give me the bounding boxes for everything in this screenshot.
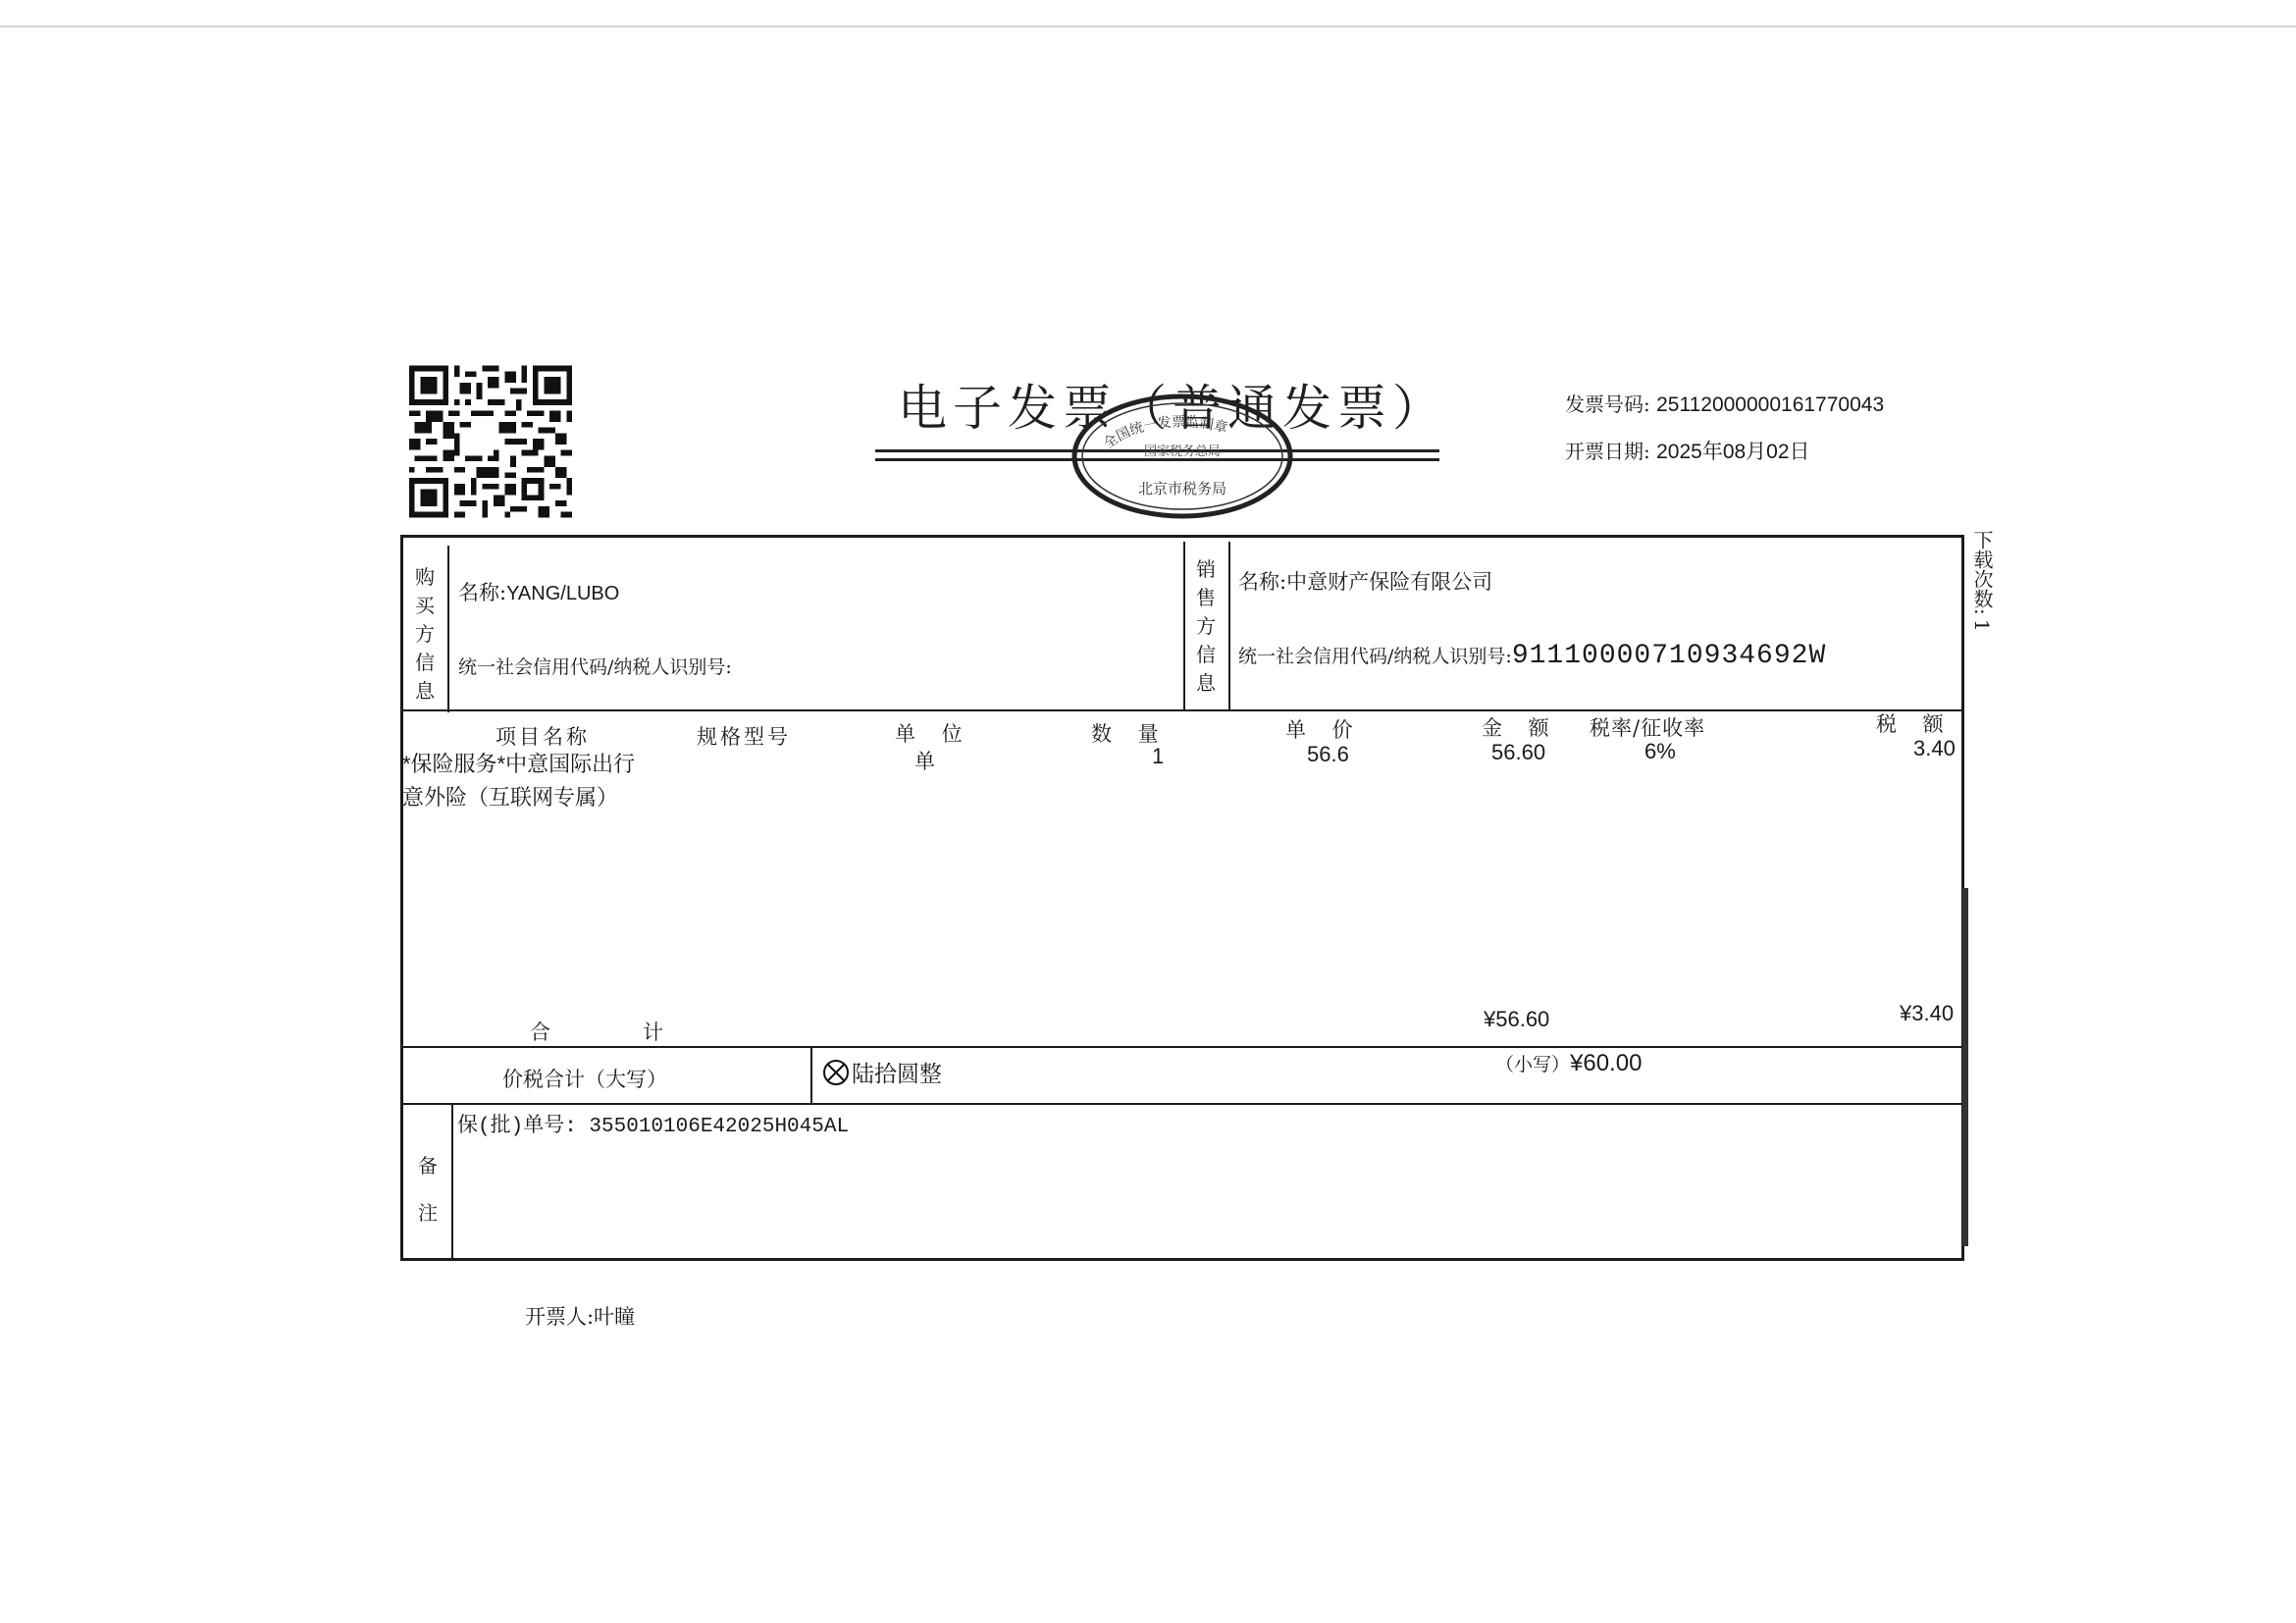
download-count-label: 下载次数:: [1969, 530, 1995, 615]
grand-total-lowercase: （小写）¥60.00: [1495, 1050, 1642, 1077]
buyer-name-label: 名称:: [458, 581, 506, 604]
item-quantity: 1: [1152, 744, 1164, 769]
grand-total-lowercase-label: （小写）: [1495, 1054, 1570, 1075]
buyer-name-value: YANG/LUBO: [506, 583, 619, 604]
total-label: 合 计: [530, 1017, 665, 1046]
grand-total-uppercase-value: 陆拾圆整: [852, 1061, 942, 1086]
issuer: 开票人:叶瞳: [525, 1301, 635, 1331]
seller-label-divider: [1228, 542, 1230, 710]
official-seal-icon: 全国统一发票监制章 国家税务总局 北京市税务局: [1070, 393, 1295, 520]
qr-code-icon: [409, 365, 572, 518]
grand-total-lowercase-value: ¥60.00: [1570, 1050, 1642, 1076]
invoice-number: 发票号码: 25112000000161770043: [1565, 389, 1884, 417]
total-amount: ¥56.60: [1484, 1007, 1549, 1032]
header-unit-price: 单 价: [1285, 714, 1363, 744]
header-item-name: 项目名称: [496, 721, 590, 751]
seller-name: 名称:中意财产保险有限公司: [1238, 566, 1492, 596]
issue-date-label: 开票日期:: [1565, 440, 1650, 463]
buyer-seller-divider: [1183, 542, 1185, 710]
seller-section-label: 销 售 方 信 息: [1191, 555, 1221, 698]
grand-total-uppercase: 陆拾圆整: [822, 1056, 942, 1088]
header-tax-rate: 税率/征收率: [1590, 712, 1705, 742]
circled-x-icon: [822, 1059, 850, 1086]
invoice-number-value: 25112000000161770043: [1656, 393, 1884, 416]
download-count: 下载次数: 1: [1967, 530, 1997, 631]
item-tax: 3.40: [1913, 736, 1956, 761]
totals-divider: [400, 1046, 1964, 1048]
header-spec: 规格型号: [697, 721, 791, 751]
seller-tax-id-label: 统一社会信用代码/纳税人识别号:: [1238, 646, 1512, 667]
svg-text:国家税务总局: 国家税务总局: [1144, 445, 1221, 459]
grand-total-divider: [810, 1046, 812, 1104]
grand-total-label: 价税合计（大写）: [502, 1064, 667, 1093]
buyer-label-divider: [447, 546, 449, 712]
seller-name-label: 名称:: [1238, 570, 1286, 594]
issuer-name: 叶瞳: [594, 1305, 635, 1329]
svg-text:北京市税务局: 北京市税务局: [1138, 480, 1226, 497]
seller-tax-id: 统一社会信用代码/纳税人识别号:91110000710934692W: [1238, 641, 1826, 671]
item-name-line2: 意外险（互联网专属）: [402, 781, 618, 811]
item-unit-price: 56.6: [1307, 742, 1349, 767]
header-unit: 单 位: [895, 718, 972, 748]
total-tax: ¥3.40: [1900, 1001, 1954, 1026]
header-amount: 金 额: [1482, 712, 1559, 742]
item-unit: 单: [914, 746, 935, 775]
buyer-section-label: 购 买 方 信 息: [410, 563, 440, 706]
buyer-tax-id-label: 统一社会信用代码/纳税人识别号:: [458, 656, 732, 678]
remarks-section-label: 备 注: [413, 1142, 443, 1236]
grand-total-bottom-divider: [400, 1103, 1964, 1105]
scan-edge-line: [0, 26, 2296, 27]
header-tax: 税 额: [1876, 708, 1954, 738]
issue-date-value: 2025年08月02日: [1656, 441, 1809, 463]
remarks-text: 保(批)单号: 355010106E42025H045AL: [457, 1109, 849, 1138]
download-count-value: 1: [1969, 619, 1995, 632]
buyer-tax-id: 统一社会信用代码/纳税人识别号:: [458, 653, 732, 679]
seller-name-value: 中意财产保险有限公司: [1286, 571, 1492, 594]
party-items-divider: [400, 709, 1964, 711]
seller-tax-id-value: 91110000710934692W: [1512, 641, 1826, 671]
table-right-edge: [1962, 888, 1968, 1246]
item-name-line1: *保险服务*中意国际出行: [402, 748, 635, 778]
remarks-label-divider: [451, 1103, 453, 1261]
invoice-number-label: 发票号码:: [1565, 393, 1650, 416]
item-tax-rate: 6%: [1644, 739, 1676, 764]
item-amount: 56.60: [1491, 740, 1545, 765]
buyer-name: 名称:YANG/LUBO: [458, 577, 619, 606]
issuer-label: 开票人:: [525, 1305, 594, 1329]
issue-date: 开票日期: 2025年08月02日: [1565, 436, 1810, 465]
